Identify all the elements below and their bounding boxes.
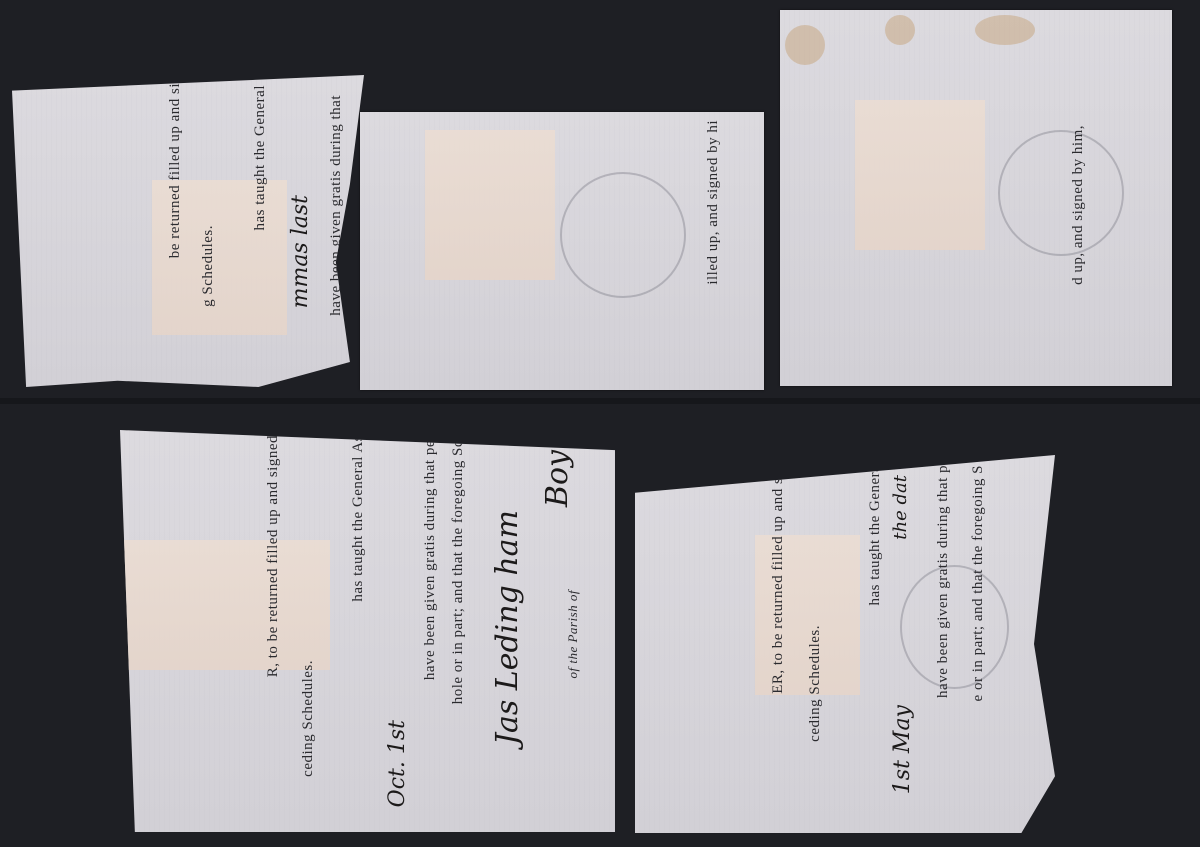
handwriting: Oct. 1st bbox=[385, 720, 410, 807]
printed-line: of the Parish of bbox=[565, 590, 581, 679]
postmark bbox=[900, 565, 1009, 689]
foxing-stain bbox=[975, 15, 1035, 45]
printed-line: d up, and signed by him, bbox=[1070, 125, 1087, 285]
printed-line: has taught the General bbox=[867, 460, 884, 606]
shelf-divider bbox=[0, 398, 1200, 404]
stamp-remnant bbox=[425, 130, 555, 280]
paper-fragment-5: ER, to be returned filled up and sig ced… bbox=[635, 455, 1055, 833]
handwriting: the dat bbox=[890, 475, 911, 540]
printed-line: have been given gratis during that p bbox=[935, 465, 952, 698]
paper-fragment-1: be returned filled up and sig g Schedule… bbox=[12, 75, 364, 387]
printed-line: R, to be returned filled up and signed bbox=[265, 435, 282, 677]
postmark bbox=[998, 130, 1124, 256]
handwriting: Boy bbox=[540, 450, 575, 507]
printed-line: ceding Schedules. bbox=[807, 625, 824, 742]
handwriting: 1st May bbox=[890, 705, 915, 794]
handwriting: Jas Leding ham bbox=[490, 510, 525, 745]
stamp-remnant bbox=[855, 100, 985, 250]
handwriting: mmas last bbox=[288, 195, 313, 308]
printed-line: hole or in part; and that the foregoing … bbox=[450, 440, 467, 704]
printed-line: ER, to be returned filled up and sig bbox=[770, 465, 787, 694]
printed-line: ceding Schedules. bbox=[300, 660, 317, 777]
foxing-stain bbox=[885, 15, 915, 45]
paper-fragment-2: illed up, and signed by hi bbox=[360, 112, 764, 390]
printed-line: has taught the General As bbox=[350, 435, 367, 602]
printed-line: has taught the General bbox=[252, 85, 269, 231]
paper-fragment-3: d up, and signed by him, bbox=[780, 10, 1172, 386]
printed-line: have been given gratis during that bbox=[328, 95, 345, 316]
printed-line: g Schedules. bbox=[200, 225, 217, 307]
printed-line: be returned filled up and sig bbox=[167, 75, 184, 258]
stamp-remnant bbox=[120, 540, 330, 670]
paper-fragment-4: R, to be returned filled up and signed c… bbox=[120, 430, 615, 832]
foxing-stain bbox=[785, 25, 825, 65]
printed-line: e or in part; and that the foregoing S bbox=[970, 465, 987, 701]
printed-line: illed up, and signed by hi bbox=[705, 120, 722, 285]
postmark bbox=[560, 172, 686, 298]
printed-line: have been given gratis during that pe bbox=[422, 440, 439, 680]
